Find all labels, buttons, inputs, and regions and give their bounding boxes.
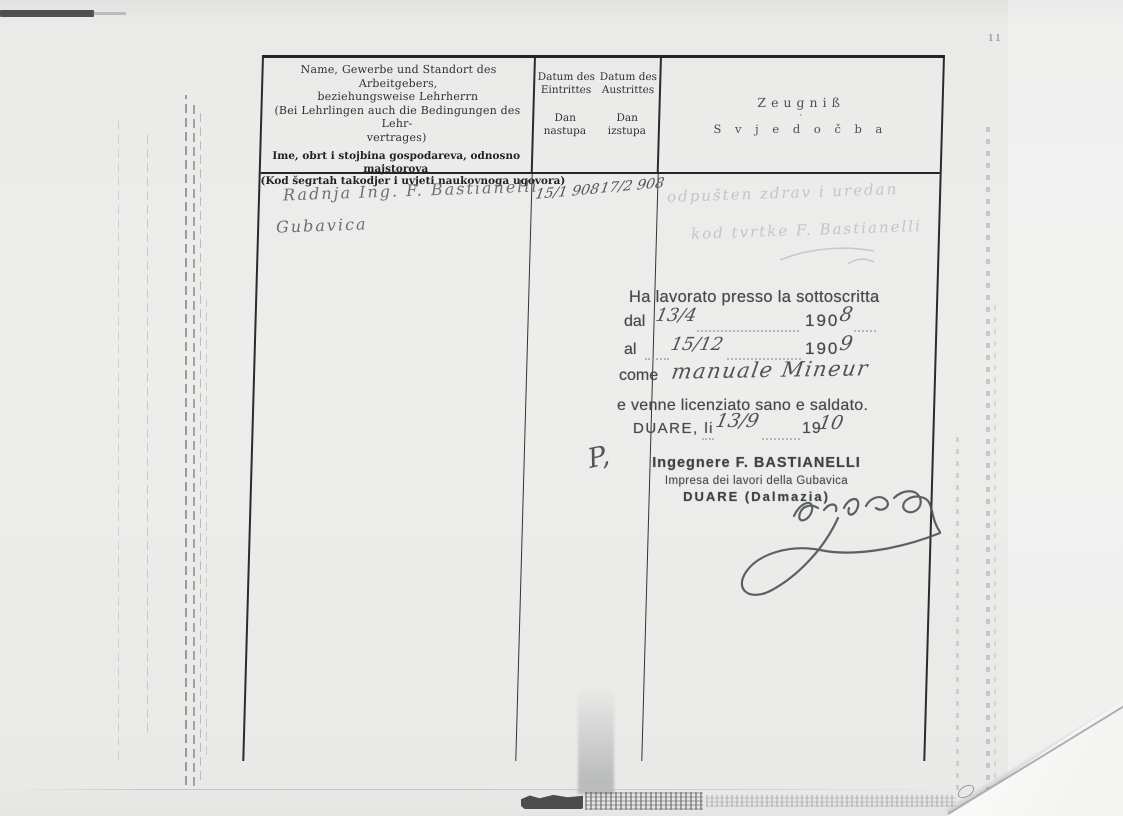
binding-streak — [200, 112, 201, 780]
binding-streak — [118, 120, 119, 760]
header-hr-line: Ime, obrt i stojbina gospodareva, odnosn… — [261, 150, 531, 163]
header-svjedocba: S v j e d o č b a — [713, 122, 887, 136]
binding-streak — [206, 300, 207, 755]
header-separator-dot: · — [799, 111, 802, 121]
paper-crease — [12, 789, 952, 790]
column-header-exit-date: Datum des Austrittes Dan izstupa — [595, 58, 660, 172]
dal-label: dal — [624, 313, 645, 331]
place-label: DUARE, li — [633, 420, 714, 437]
column-header-employer: Name, Gewerbe und Standort des Arbeitgeb… — [261, 58, 536, 172]
header-de-line: Datum des — [597, 71, 659, 84]
header-de-line: Austrittes — [597, 84, 659, 97]
table-header-row: Name, Gewerbe und Standort des Arbeitgeb… — [261, 58, 943, 174]
header-de-line: Name, Gewerbe und Standort des Arbeitgeb… — [263, 63, 534, 90]
page-number: 11 — [988, 32, 1003, 44]
scan-artifact-top-bar-faint — [92, 12, 126, 15]
binding-streak — [185, 95, 187, 785]
speckle-band — [706, 795, 956, 807]
column-header-dates: Datum des Eintrittes Dan nastupa Datum d… — [533, 58, 662, 172]
header-de-line: (Bei Lehrlingen auch die Bedingungen des… — [262, 104, 533, 131]
dotted-leader — [697, 329, 799, 332]
come-label: come — [619, 367, 658, 385]
dotted-leader — [702, 437, 714, 440]
binding-streak — [193, 102, 195, 786]
header-de-line: beziehungsweise Lehrherrn — [263, 90, 533, 104]
stamp-name: Ingegnere F. BASTIANELLI — [634, 455, 879, 471]
signature — [682, 478, 1002, 648]
al-value-handwriting: 15/12 — [669, 334, 725, 355]
header-hr-line: izstupa — [596, 125, 658, 138]
header-hr-line: nastupa — [534, 125, 596, 138]
employer-cell — [244, 174, 532, 761]
dotted-leader — [645, 357, 669, 360]
speckle-band — [585, 792, 703, 810]
page-edge-streak — [986, 120, 990, 792]
header-hr-line: Dan — [596, 112, 658, 125]
dal-value-handwriting: 13/4 — [654, 305, 699, 326]
header-de-line: Datum des — [535, 71, 597, 84]
column-header-entry-date: Datum des Eintrittes Dan nastupa — [533, 58, 598, 172]
header-de-line: Eintrittes — [535, 84, 597, 97]
column-header-certificate: Zeugniß · S v j e d o č b a — [659, 58, 943, 172]
dotted-leader — [854, 329, 876, 332]
scan-smudge — [578, 688, 614, 794]
scan-light-band — [1008, 0, 1123, 816]
header-hr-line: Dan — [534, 112, 596, 125]
scan-artifact-top-bar — [0, 10, 94, 17]
header-de-line: vertrages) — [262, 131, 532, 145]
employer-handwriting-line2: Gubavica — [276, 214, 368, 236]
dal-year-printed: 190 — [805, 311, 839, 331]
binding-streak — [147, 132, 148, 732]
ink-blot — [521, 794, 583, 809]
place-date-handwriting: 13/9 — [714, 410, 761, 432]
come-value-handwriting: manuale Mineur — [670, 356, 871, 383]
remark-flourish — [772, 236, 892, 270]
dotted-leader — [762, 437, 800, 440]
place-year-handwriting: 10 — [817, 412, 845, 434]
scanned-workbook-page: 11 Name, Gewerbe und Standort des Arbeit… — [0, 0, 1123, 816]
header-zeugnis: Zeugniß — [757, 95, 845, 110]
al-label: al — [624, 341, 636, 359]
